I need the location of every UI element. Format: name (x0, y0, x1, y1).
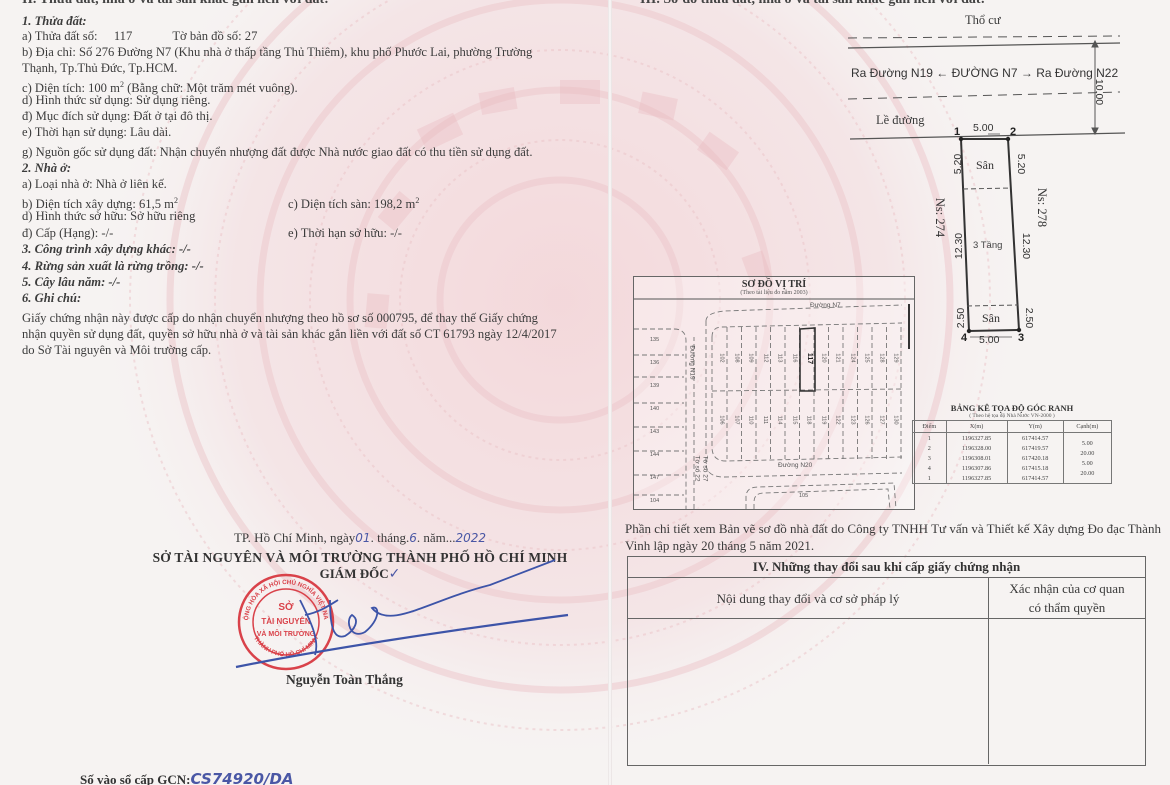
map-lot-label: 120 (820, 353, 826, 362)
map-sheet-number: 27 (245, 29, 258, 43)
page-fold (608, 0, 612, 785)
back-yard-depth-right: 2.50 (1023, 308, 1035, 328)
issue-month: 6 (409, 531, 417, 545)
svg-text:VÀ MÔI TRƯỜNG: VÀ MÔI TRƯỜNG (257, 629, 316, 638)
house-heading: 2. Nhà ở: (22, 161, 71, 177)
arrow-right-icon: → (1021, 66, 1033, 80)
svg-text:TÀI NGUYÊN: TÀI NGUYÊN (261, 617, 311, 626)
map-lot-label: 147 (650, 475, 659, 481)
map-lot-label: 102 (719, 353, 725, 362)
changes-table-title: IV. Những thay đổi sau khi cấp giấy chứn… (628, 557, 1145, 578)
location-map: SƠ ĐỒ VỊ TRÍ (Theo tài liệu đo năm 2003)… (633, 276, 915, 510)
issue-place: TP. Hồ Chí Minh, ngày (234, 530, 355, 545)
issue-year: 2022 (456, 531, 487, 545)
svg-text:SỞ: SỞ (278, 600, 294, 613)
corner-point-3: 3 (1018, 332, 1024, 344)
year-label: năm (423, 530, 445, 545)
corner-point-1: 1 (954, 126, 960, 138)
map-road-n7: Đường N7 (810, 302, 841, 309)
col-y: Y(m) (1007, 421, 1063, 433)
month-label: tháng (377, 530, 406, 545)
use-purpose: đ) Mục đích sử dụng: Đất ở tại đô thị. (22, 109, 212, 125)
x-cell: 1196328.00 (946, 443, 1007, 453)
arrow-left-icon: ← (936, 66, 948, 80)
ownership-term: e) Thời hạn sở hữu: -/- (288, 226, 402, 242)
front-width: 5.00 (973, 122, 993, 134)
neighbor-right: Ns: 278 (1034, 188, 1049, 227)
issue-day: 01 (355, 531, 370, 545)
map-lot-label: 127 (878, 415, 884, 424)
address-line-1: b) Địa chỉ: Số 276 Đường N7 (Khu nhà ở t… (22, 45, 532, 61)
map-lot-label: 111 (762, 416, 768, 424)
front-yard-depth-right: 5.20 (1015, 154, 1027, 174)
col-x: X(m) (946, 421, 1007, 433)
col-edge: Cạnh(m) (1063, 421, 1111, 433)
sidewalk-label: Lề đường (876, 113, 924, 128)
point-cell: 4 (913, 463, 947, 473)
x-cell: 1196308.01 (946, 453, 1007, 463)
svg-text:CỘNG HÒA XÃ HỘI CHỦ NGHĨA VIỆT: CỘNG HÒA XÃ HỘI CHỦ NGHĨA VIỆT NAM (236, 572, 329, 621)
changes-col1-header: Nội dung thay đổi và cơ sở pháp lý (628, 578, 988, 619)
y-cell: 617420.18 (1007, 453, 1063, 463)
map-sheet-label: Tờ bản đồ số: (172, 29, 241, 43)
map-road-n19: Đường N19 (689, 345, 696, 379)
point-cell: 1 (913, 473, 947, 484)
map-lot-label: 135 (650, 337, 659, 343)
y-cell: 617414.57 (1007, 433, 1063, 444)
col2-header-line1: Xác nhận của cơ quan (1009, 581, 1124, 596)
residential-label: Thổ cư (965, 13, 1001, 28)
neighbor-left: Ns: 274 (932, 198, 947, 237)
house-type: a) Loại nhà ở: Nhà ở liên kế. (22, 177, 167, 193)
map-lot-label: 130 (893, 415, 899, 424)
road-row: Ra Đường N19 ← ĐƯỜNG N7 → Ra Đường N22 (851, 66, 1118, 80)
map-lot-label: 110 (747, 416, 753, 425)
coordinate-table: BẢNG KÊ TỌA ĐỘ GÓC RANH ( Theo hệ tọa độ… (912, 403, 1112, 484)
changes-confirm-column: Xác nhận của cơ quancó thẩm quyền (989, 578, 1145, 764)
y-cell: 617415.18 (1007, 463, 1063, 473)
use-form: d) Hình thức sử dụng: Sử dụng riêng. (22, 93, 210, 109)
map-lot-label: 104 (650, 498, 659, 504)
map-lot-label: 109 (748, 353, 754, 362)
detail-note: Phần chi tiết xem Bản vẽ sơ đồ nhà đất d… (625, 520, 1165, 554)
y-cell: 617414.57 (1007, 473, 1063, 484)
perennial-trees: 5. Cây lâu năm: -/- (22, 275, 120, 291)
map-lot-label: 143 (650, 429, 659, 435)
map-sheet-27: Tờ số 27 (701, 456, 708, 482)
location-map-drawing (634, 277, 914, 509)
grade-row: đ) Cấp (Hạng): -/- e) Thời hạn sở hữu: -… (22, 226, 113, 242)
coordinate-grid: Điểm X(m) Y(m) Cạnh(m) 11196327.85617414… (912, 420, 1112, 484)
map-lot-label: 121 (835, 353, 841, 362)
house-depth-right: 12.30 (1020, 233, 1032, 259)
map-lot-label: 128 (878, 353, 884, 362)
map-lot-label: 106 (719, 415, 725, 424)
use-term: e) Thời hạn sử dụng: Lâu dài. (22, 125, 171, 141)
official-stamp: CỘNG HÒA XÃ HỘI CHỦ NGHĨA VIỆT NAM THÀNH… (236, 572, 336, 672)
ownership-form: d) Hình thức sở hữu: Sở hữu riêng (22, 209, 195, 225)
house-grade: đ) Cấp (Hạng): -/- (22, 226, 113, 240)
back-yard-depth-left: 2.50 (955, 308, 967, 328)
map-lot-label: 113 (776, 354, 782, 363)
map-lot-label: 129 (893, 353, 899, 362)
map-lot-label: 114 (776, 416, 782, 425)
x-cell: 1196307.86 (946, 463, 1007, 473)
other-construction: 3. Công trình xây dựng khác: -/- (22, 242, 191, 258)
map-sheet-22: Tờ số 22 (693, 456, 700, 482)
x-cell: 1196327.85 (946, 473, 1007, 484)
parcel-label: a) Thửa đất số: (22, 29, 98, 43)
back-yard-label: Sân (982, 311, 1000, 326)
section-iii-header: III. Sơ đồ thửa đất, nhà ở và tài sản kh… (640, 0, 985, 8)
back-width: 5.00 (979, 334, 999, 346)
parcel-row: a) Thửa đất số: 117 Tờ bản đồ số: 27 (22, 29, 257, 45)
road-width: 10.00 (1093, 79, 1105, 105)
corner-point-4: 4 (961, 332, 967, 344)
map-lot-label: 123 (849, 415, 855, 424)
road-name: ĐƯỜNG N7 (952, 66, 1018, 80)
front-yard-depth-left: 5.20 (952, 154, 964, 174)
map-lot-label: 140 (650, 406, 659, 412)
floor-area: c) Diện tích sàn: 198,2 m2 (288, 193, 419, 213)
point-cell: 3 (913, 453, 947, 463)
map-lot-label: 116 (791, 354, 797, 363)
production-forest: 4. Rừng sản xuất là rừng trồng: -/- (22, 259, 204, 275)
point-cell: 1 (913, 433, 947, 444)
check-mark-icon: ✓ (389, 566, 401, 582)
registry-number-row: Số vào sổ cấp GCN:CS74920/DA (80, 770, 294, 785)
map-lot-label: 119 (820, 416, 826, 425)
map-lot-label: 126 (864, 415, 870, 424)
map-lot-label: 124 (849, 353, 855, 362)
issue-date: TP. Hồ Chí Minh, ngày01. tháng.6. năm...… (140, 530, 580, 546)
map-road-n20: Đường N20 (778, 462, 812, 469)
house-floors-label: 3 Tầng (973, 240, 1002, 251)
col-point: Điểm (913, 421, 947, 433)
address-line-2: Thạnh, Tp.Thủ Đức, Tp.HCM. (22, 61, 177, 77)
notes-text: Giấy chứng nhận này được cấp do nhận chu… (22, 310, 562, 358)
signer-name: Nguyễn Toàn Thắng (286, 672, 403, 688)
use-origin: g) Nguồn gốc sử dụng đất: Nhận chuyển nh… (22, 145, 533, 161)
map-lot-label: 122 (835, 415, 841, 424)
point-cell: 2 (913, 443, 947, 453)
map-lot-label: 136 (650, 360, 659, 366)
road-left-label: Ra Đường N19 (851, 66, 933, 80)
land-heading: 1. Thửa đất: (22, 14, 87, 30)
map-lot-label: 108 (733, 353, 739, 362)
svg-text:THÀNH PHỐ HỒ CHÍ MINH: THÀNH PHỐ HỒ CHÍ MINH (252, 635, 320, 659)
house-depth-left: 12.30 (953, 233, 965, 259)
notes-heading: 6. Ghi chú: (22, 291, 81, 307)
corner-point-2: 2 (1010, 126, 1016, 138)
coordinate-table-subtitle: ( Theo hệ tọa độ Nhà Nước VN-2000 ) (912, 413, 1112, 419)
registry-label: Số vào sổ cấp GCN: (80, 772, 191, 785)
floor-area-value: c) Diện tích sàn: 198,2 m (288, 197, 415, 211)
x-cell: 1196327.85 (946, 433, 1007, 444)
map-lot-label: 125 (864, 353, 870, 362)
registry-number: CS74920/DA (191, 770, 294, 785)
road-right-label: Ra Đường N22 (1036, 66, 1118, 80)
edge-cell: 20.00 (1063, 473, 1111, 484)
coordinate-row: 11196327.85617414.5720.00 (913, 473, 1112, 484)
map-lot-label: 118 (805, 416, 811, 425)
front-yard-label: Sân (976, 158, 994, 173)
coordinate-table-title: BẢNG KÊ TỌA ĐỘ GÓC RANH (912, 403, 1112, 413)
map-lot-label: 115 (791, 416, 797, 425)
map-lot-label: 107 (733, 415, 739, 424)
issuing-organization: SỞ TÀI NGUYÊN VÀ MÔI TRƯỜNG THÀNH PHỐ HỒ… (140, 550, 580, 566)
changes-col2-header: Xác nhận của cơ quancó thẩm quyền (989, 578, 1145, 619)
changes-table: IV. Những thay đổi sau khi cấp giấy chứn… (627, 556, 1146, 766)
y-cell: 617419.57 (1007, 443, 1063, 453)
changes-content-column: Nội dung thay đổi và cơ sở pháp lý (628, 578, 989, 764)
map-lot-label: 144 (650, 452, 659, 458)
parcel-number: 117 (114, 29, 132, 43)
map-lot-label: 112 (762, 354, 768, 363)
map-lot-label: 139 (650, 383, 659, 389)
map-lot-label: 105 (799, 493, 808, 499)
col2-header-line2: có thẩm quyền (1029, 600, 1106, 615)
signature-block: TP. Hồ Chí Minh, ngày01. tháng.6. năm...… (140, 530, 580, 582)
map-lot-highlighted: 117 (806, 353, 813, 364)
signer-role: GIÁM ĐỐC✓ (140, 566, 580, 582)
section-ii-header: II. Thửa đất, nhà ở và tài sản khác gắn … (22, 0, 329, 8)
